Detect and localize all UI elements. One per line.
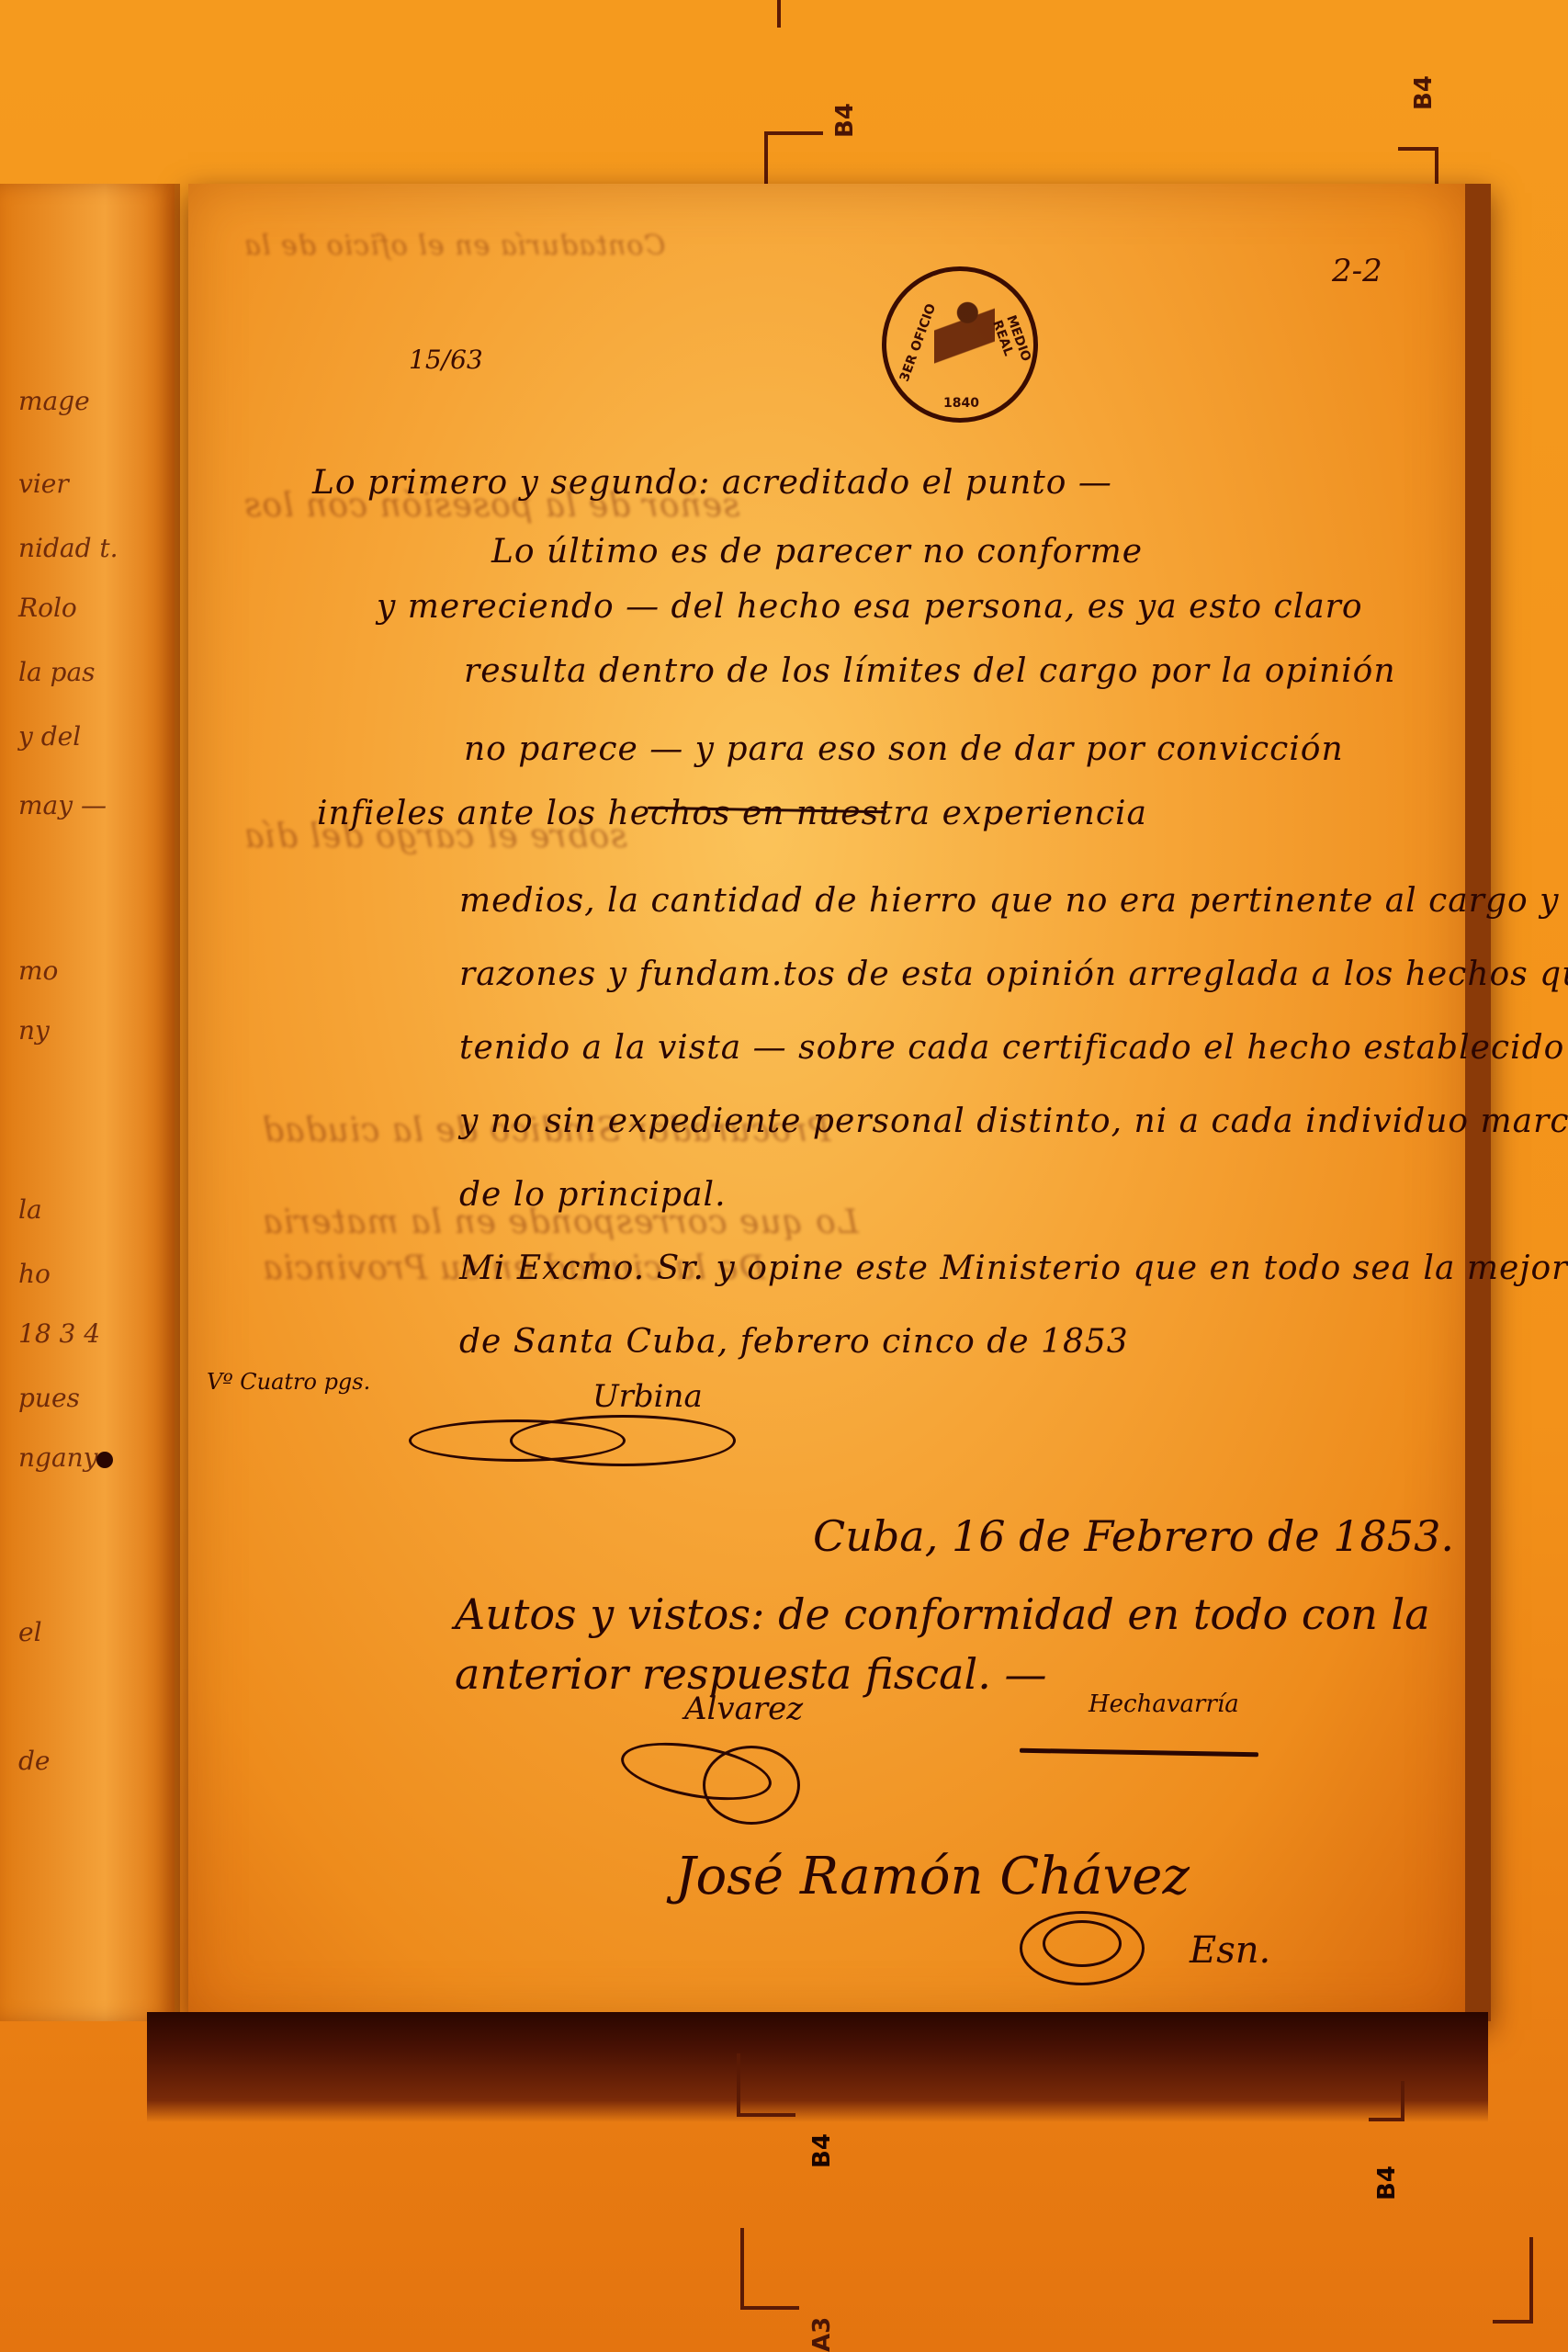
decree-line: Autos y vistos: de conformidad en todo c…: [455, 1589, 1430, 1639]
body-line: resulta dentro de los límites del cargo …: [464, 652, 1396, 690]
margin-note: Vº Cuatro pgs.: [207, 1369, 370, 1395]
left-page-fragment: ho: [18, 1259, 51, 1289]
left-page-fragment: de: [18, 1746, 51, 1776]
body-line: Mi Excmo. Sr. y opine este Ministerio qu…: [459, 1249, 1568, 1287]
registration-mark-bottom-left-outer: [740, 2228, 799, 2310]
bleed-through-text: Contaduría en el oficio de la: [243, 230, 665, 262]
body-line: tenido a la vista — sobre cada certifica…: [459, 1029, 1564, 1067]
stamp-left-text: 3ER OFICIO: [897, 301, 939, 383]
signature-flourish: [703, 1746, 800, 1825]
left-page-fragment: vier: [18, 469, 69, 499]
seated-figure-icon: [934, 297, 995, 385]
body-line: de Santa Cuba, febrero cinco de 1853: [459, 1323, 1129, 1361]
folio-number: 2-2: [1332, 253, 1382, 289]
book-edge-shadow: [147, 2012, 1488, 2122]
registration-label-bottom-left-inner: B4: [808, 2133, 836, 2168]
notary-flourish: [1043, 1920, 1122, 1967]
registration-label-bottom-left-outer: A3: [808, 2317, 836, 2352]
margin-fraction: 15/63: [409, 345, 483, 375]
left-page-fragment: el: [18, 1617, 42, 1647]
registration-mark-top-left: [764, 131, 823, 190]
stamp-right-text: MEDIO REAL: [989, 313, 1033, 368]
body-line: Lo último es de parecer no conforme: [491, 533, 1143, 571]
left-page-fragment: la pas: [18, 657, 96, 687]
document-page: Contaduría en el oficio de la señor de l…: [188, 184, 1491, 2021]
body-line: no parece — y para eso son de dar por co…: [464, 730, 1344, 768]
signature-flourish: [510, 1415, 736, 1466]
registration-label-top-left: B4: [831, 103, 859, 138]
signature-hechavarria: Hechavarría: [1089, 1690, 1239, 1718]
left-page-fragment: mo: [18, 955, 58, 986]
body-line: medios, la cantidad de hierro que no era…: [459, 882, 1568, 920]
signature-underline: [1020, 1748, 1258, 1758]
registration-mark-bottom-left-inner: [737, 2053, 795, 2117]
left-page-fragment: y del: [18, 721, 81, 752]
body-line: Lo primero y segundo: acreditado el punt…: [312, 464, 1112, 502]
registration-mark-top-center: [777, 0, 781, 28]
notary-suffix: Esn.: [1190, 1929, 1270, 1972]
left-page-fragment: pues: [18, 1383, 80, 1413]
registration-label-top-right: B4: [1410, 75, 1438, 110]
left-page: mage vier nidad t. Rolo la pas y del may…: [0, 184, 180, 2021]
body-line: y no sin expediente personal distinto, n…: [459, 1102, 1568, 1140]
body-line: de lo principal.: [459, 1176, 727, 1214]
revenue-stamp: 3ER OFICIO MEDIO REAL 1840: [882, 266, 1038, 423]
signature-urbina: Urbina: [592, 1378, 703, 1415]
date-line: Cuba, 16 de Febrero de 1853.: [813, 1511, 1454, 1561]
registration-mark-bottom-right-inner: [1369, 2081, 1404, 2121]
stamp-year: 1840: [943, 396, 979, 411]
registration-mark-bottom-right-outer: [1493, 2237, 1533, 2324]
left-page-fragment: 18 3 4: [18, 1318, 100, 1349]
ink-blot: [96, 1452, 113, 1468]
left-page-fragment: la: [18, 1194, 42, 1225]
left-page-fragment: may —: [18, 790, 107, 820]
body-line: infieles ante los hechos en nuestra expe…: [317, 795, 1147, 832]
body-line: razones y fundam.tos de esta opinión arr…: [459, 955, 1568, 993]
left-page-fragment: nidad t.: [18, 533, 118, 563]
left-page-fragment: ngany: [18, 1442, 98, 1473]
signature-notary: José Ramón Chávez: [675, 1847, 1190, 1906]
left-page-fragment: mage: [18, 386, 90, 416]
registration-label-bottom-right-inner: B4: [1373, 2165, 1401, 2200]
signature-alvarez: Alvarez: [684, 1690, 803, 1727]
body-line: y mereciendo — del hecho esa persona, es…: [377, 588, 1363, 626]
left-page-fragment: ny: [18, 1015, 50, 1046]
left-page-fragment: Rolo: [18, 593, 77, 623]
